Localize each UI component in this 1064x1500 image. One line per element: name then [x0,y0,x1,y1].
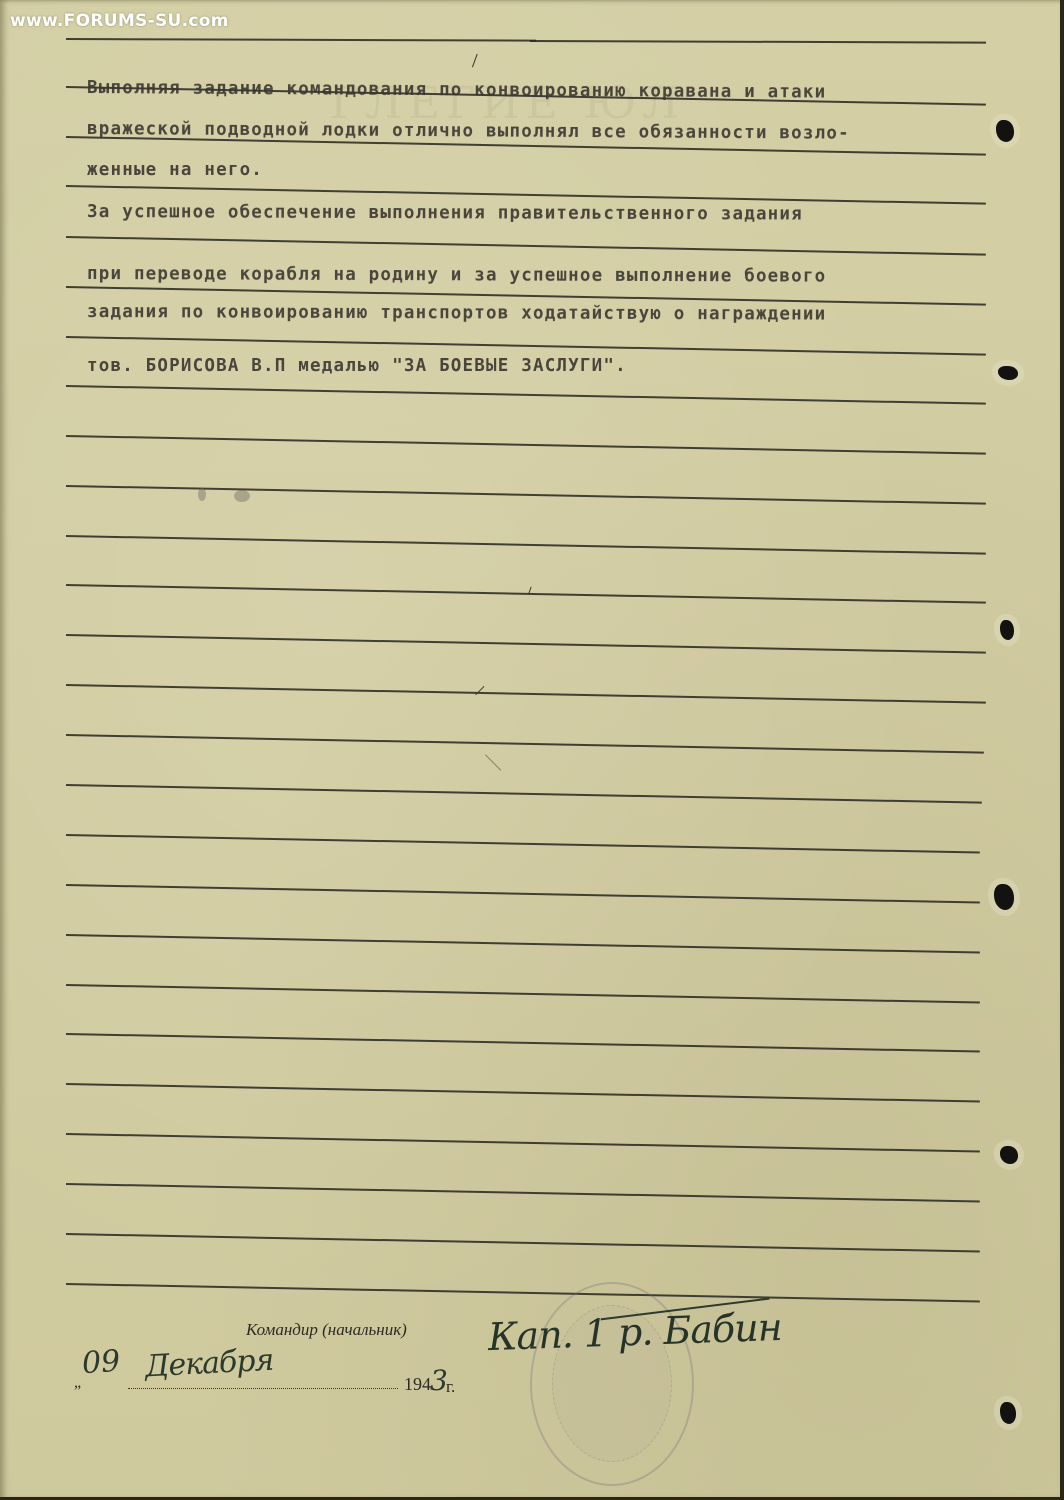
ink-smudge [198,488,206,501]
ruled-line [66,784,982,803]
date-dotted-line [128,1388,398,1389]
typed-line: задания по конвоированию транспортов ход… [87,302,826,325]
ruled-line [66,1133,980,1152]
typed-line: тов. БОРИСОВА В.П медалью "ЗА БОЕВЫЕ ЗАС… [87,356,627,376]
punch-hole [998,366,1018,380]
ruled-line [66,934,980,953]
ruled-line [66,336,986,355]
ruled-line [66,185,986,204]
typed-line: женные на него. [87,160,263,180]
ruled-line [66,1283,980,1302]
ruled-line [66,734,984,753]
date-day-handwritten: 09 [81,1344,122,1382]
ruled-line [66,38,536,41]
stray-mark [475,686,484,695]
ruled-line [66,535,986,554]
ruled-line [66,1033,980,1052]
date-year-printed: 194 [404,1374,431,1395]
ruled-line [66,1183,980,1202]
document-page: ГЛЕГИЕ ЮЛ www.FORUMS-SU.com Выполняя зад… [0,0,1064,1500]
punch-hole [1000,1146,1018,1164]
commander-signature: Кап. 1 р. Бабин [487,1305,782,1359]
commander-caption: Командир (начальник) [246,1320,407,1340]
punch-hole [1000,1402,1016,1424]
date-month-handwritten: Декабря [144,1343,274,1385]
ruled-line [66,584,986,603]
ruled-line [66,884,980,903]
watermark: www.FORUMS-SU.com [10,11,229,31]
stray-mark [472,54,478,68]
typed-line: при переводе корабля на родину и за успе… [87,264,826,287]
ruled-line [66,435,986,454]
date-open-quote: „ [74,1374,81,1392]
ruled-line [66,684,986,703]
date-year-suffix: г. [446,1377,455,1397]
ruled-line [66,834,980,853]
typed-line: Выполняя задание командования по конвоир… [87,78,826,103]
stray-mark [485,754,502,771]
ruled-line [66,984,980,1003]
ruled-line [66,634,986,653]
page-edge-right [1060,0,1064,1500]
ruled-line [66,385,986,404]
punch-hole [996,120,1014,142]
ink-smudge [234,490,250,502]
punch-hole [1000,620,1014,640]
ruled-line [66,1083,980,1102]
ruled-line [66,236,986,255]
typed-line: За успешное обеспечение выполнения прави… [87,202,803,224]
ruled-line [66,1233,980,1252]
punch-hole [994,884,1014,910]
ruled-line [530,40,986,43]
